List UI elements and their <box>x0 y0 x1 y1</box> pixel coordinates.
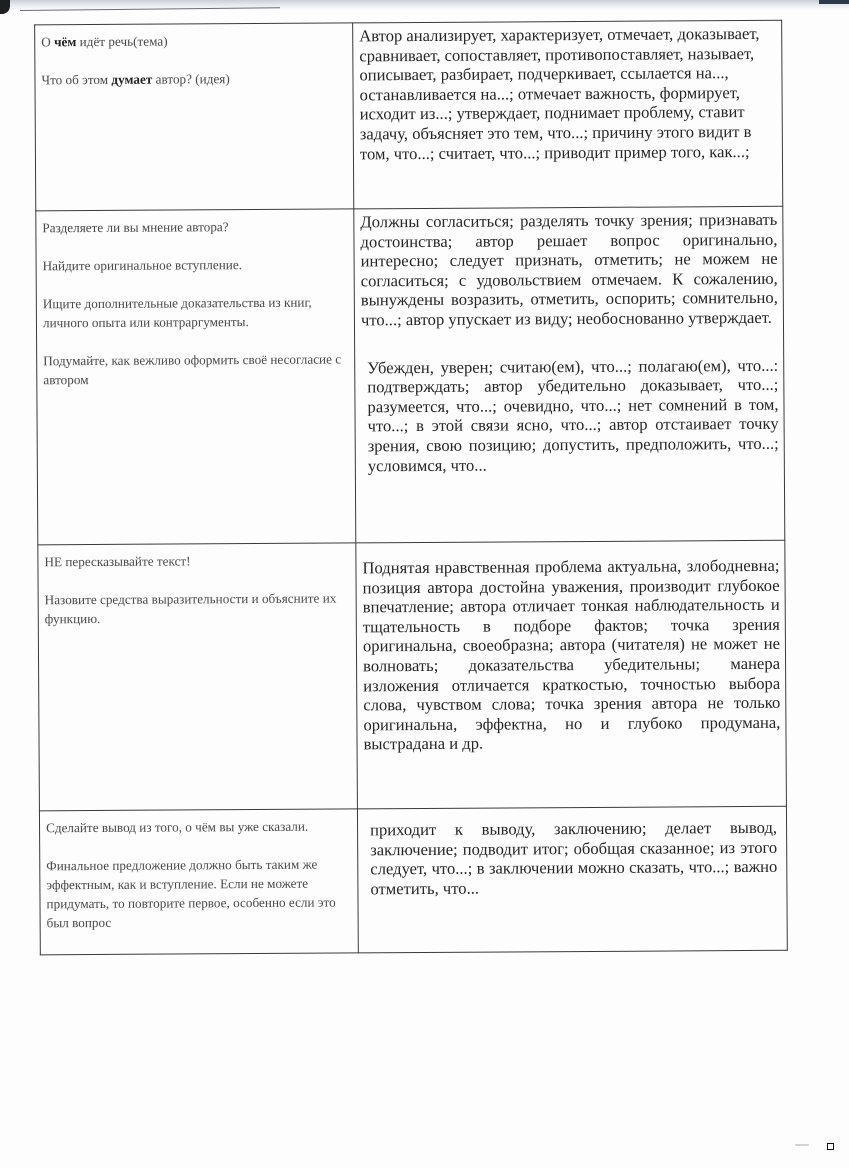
instruction-text: НЕ пересказывайте текст! <box>44 550 349 571</box>
phrases-paragraph: Автор анализирует, характеризует, отмеча… <box>359 24 777 164</box>
instruction-text: Подумайте, как вежливо оформить своё нес… <box>43 349 348 389</box>
instruction-cell: О чём идёт речь(тема) Что об этом думает… <box>35 23 354 211</box>
instruction-cell: Сделайте вывод из того, о чём вы уже ска… <box>39 809 358 955</box>
instruction-cell: Разделяете ли вы мнение автора? Найдите … <box>36 209 356 545</box>
phrases-conviction-paragraph: Убежден, уверен; считаю(ем), что...; пол… <box>361 355 779 475</box>
phrases-paragraph: приходит к выводу, заключению; делает вы… <box>364 810 782 899</box>
instruction-text: Ищите дополнительные доказательства из к… <box>43 292 348 332</box>
phrase-table: О чём идёт речь(тема) Что об этом думает… <box>34 20 788 956</box>
instruction-idea: Что об этом думает автор? (идея) <box>41 68 346 89</box>
phrases-cell: приходит к выводу, заключению; делает вы… <box>357 806 787 953</box>
instruction-theme: О чём идёт речь(тема) <box>41 30 346 51</box>
instruction-text: Назовите средства выразительности и объя… <box>45 588 350 628</box>
table-row-opinion: Разделяете ли вы мнение автора? Найдите … <box>36 206 785 545</box>
table-row-theme: О чём идёт речь(тема) Что об этом думает… <box>35 20 783 211</box>
paragraph-gap <box>361 327 778 358</box>
instruction-text: Разделяете ли вы мнение автора? <box>42 216 347 237</box>
table-row-conclusion: Сделайте вывод из того, о чём вы уже ска… <box>39 806 787 955</box>
phrases-agree-paragraph: Должны согласиться; разделять точку зрен… <box>360 210 778 330</box>
instruction-text: Найдите оригинальное вступление. <box>43 254 348 275</box>
scanned-page: О чём идёт речь(тема) Что об этом думает… <box>0 0 849 1168</box>
scan-smudge <box>795 1144 809 1146</box>
instruction-text: Финальное предложение должно быть таким … <box>46 854 351 932</box>
table-row-expressive-means: НЕ пересказывайте текст! Назовите средст… <box>38 540 787 811</box>
phrases-cell: Поднятая нравственная проблема актуальна… <box>356 540 787 809</box>
scan-marker-square <box>827 1143 834 1150</box>
instruction-cell: НЕ пересказывайте текст! Назовите средст… <box>38 543 358 811</box>
phrases-paragraph: Поднятая нравственная проблема актуальна… <box>362 544 780 754</box>
instruction-text: Сделайте вывод из того, о чём вы уже ска… <box>46 816 351 837</box>
phrases-cell: Автор анализирует, характеризует, отмеча… <box>353 20 783 209</box>
phrases-cell: Должны согласиться; разделять точку зрен… <box>354 206 785 543</box>
